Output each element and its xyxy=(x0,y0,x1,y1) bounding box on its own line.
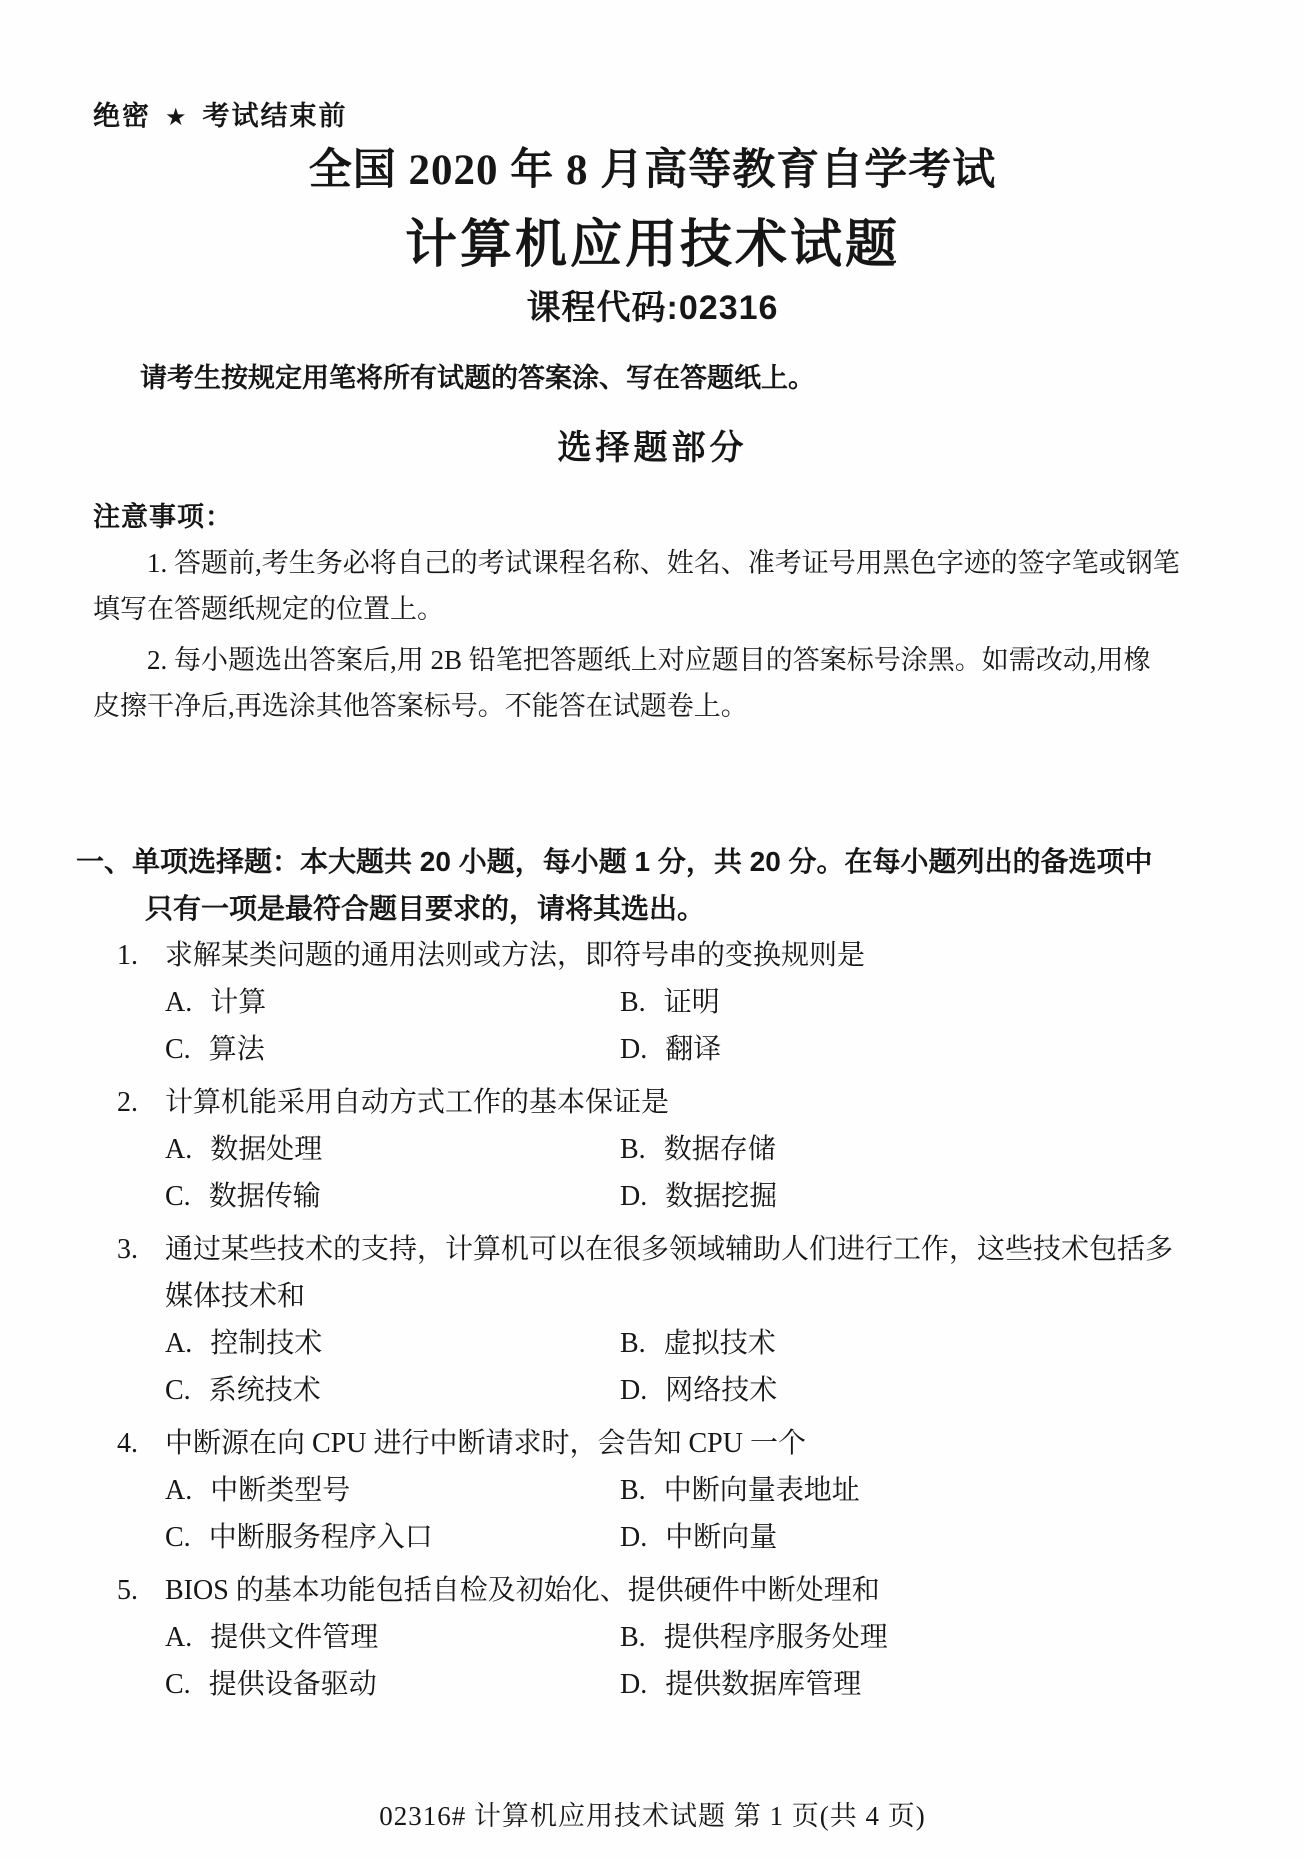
option-text: 数据处理 xyxy=(210,1134,322,1165)
option-text: 网络技术 xyxy=(665,1375,777,1406)
option-a: A.中断类型号 xyxy=(165,1467,620,1514)
option-text: 中断服务程序入口 xyxy=(209,1522,433,1553)
page-footer: 02316# 计算机应用技术试题 第 1 页(共 4 页) xyxy=(0,1794,1305,1833)
notice-item-2: 2. 每小题选出答案后,用 2B 铅笔把答题纸上对应题目的答案标号涂黑。如需改动… xyxy=(93,637,1235,729)
question-3: 3. 通过某些技术的支持，计算机可以在很多领域辅助人们进行工作，这些技术包括多 … xyxy=(117,1226,1257,1414)
options: A.数据处理 B.数据存储 C.数据传输 D.数据挖掘 xyxy=(165,1126,1257,1220)
option-text: 数据挖掘 xyxy=(665,1181,777,1212)
option-a: A.控制技术 xyxy=(165,1320,620,1367)
option-text: 提供文件管理 xyxy=(210,1622,378,1653)
options: A.中断类型号 B.中断向量表地址 C.中断服务程序入口 D.中断向量 xyxy=(165,1467,1257,1561)
paper-title: 计算机应用技术试题 xyxy=(0,202,1305,277)
option-text: 中断类型号 xyxy=(210,1475,350,1506)
question-1: 1. 求解某类问题的通用法则或方法，即符号串的变换规则是 A.计算 B.证明 C… xyxy=(117,932,1257,1073)
question-number: 5. xyxy=(117,1567,165,1614)
question-2: 2. 计算机能采用自动方式工作的基本保证是 A.数据处理 B.数据存储 C.数据… xyxy=(117,1079,1257,1220)
option-b: B.数据存储 xyxy=(620,1126,1257,1173)
option-text: 中断向量表地址 xyxy=(664,1475,860,1506)
options: A.提供文件管理 B.提供程序服务处理 C.提供设备驱动 D.提供数据库管理 xyxy=(165,1614,1257,1708)
question-list: 1. 求解某类问题的通用法则或方法，即符号串的变换规则是 A.计算 B.证明 C… xyxy=(117,932,1257,1714)
option-text: 算法 xyxy=(209,1034,265,1065)
option-b: B.提供程序服务处理 xyxy=(620,1614,1257,1661)
answer-sheet-instruction: 请考生按规定用笔将所有试题的答案涂、写在答题纸上。 xyxy=(140,356,815,395)
question-number: 3. xyxy=(117,1226,165,1320)
option-text: 提供数据库管理 xyxy=(665,1669,861,1700)
option-b: B.证明 xyxy=(620,979,1257,1026)
option-text: 计算 xyxy=(210,987,266,1018)
option-text: 虚拟技术 xyxy=(664,1328,776,1359)
section-one-heading: 一、单项选择题：本大题共 20 小题，每小题 1 分，共 20 分。在每小题列出… xyxy=(76,838,1236,932)
option-b: B.虚拟技术 xyxy=(620,1320,1257,1367)
question-5: 5. BIOS 的基本功能包括自检及初始化、提供硬件中断处理和 A.提供文件管理… xyxy=(117,1567,1257,1708)
question-text: 计算机能采用自动方式工作的基本保证是 xyxy=(165,1079,1257,1126)
notice-title: 注意事项： xyxy=(93,494,1235,540)
option-text: 证明 xyxy=(664,987,720,1018)
option-d: D.网络技术 xyxy=(620,1367,1257,1414)
option-a: A.数据处理 xyxy=(165,1126,620,1173)
option-text: 数据存储 xyxy=(664,1134,776,1165)
option-d: D.数据挖掘 xyxy=(620,1173,1257,1220)
option-c: C.算法 xyxy=(165,1026,620,1073)
option-text: 提供程序服务处理 xyxy=(664,1622,888,1653)
option-text: 数据传输 xyxy=(209,1181,321,1212)
classification-suffix: 考试结束前 xyxy=(203,101,348,131)
options: A.计算 B.证明 C.算法 D.翻译 xyxy=(165,979,1257,1073)
question-text: BIOS 的基本功能包括自检及初始化、提供硬件中断处理和 xyxy=(165,1567,1257,1614)
option-c: C.提供设备驱动 xyxy=(165,1661,620,1708)
option-c: C.系统技术 xyxy=(165,1367,620,1414)
option-a: A.计算 xyxy=(165,979,620,1026)
question-number: 1. xyxy=(117,932,165,979)
option-d: D.中断向量 xyxy=(620,1514,1257,1561)
option-text: 中断向量 xyxy=(665,1522,777,1553)
option-text: 提供设备驱动 xyxy=(209,1669,377,1700)
multiple-choice-part-header: 选择题部分 xyxy=(0,420,1305,469)
star-icon: ★ xyxy=(151,104,203,131)
option-b: B.中断向量表地址 xyxy=(620,1467,1257,1514)
option-text: 系统技术 xyxy=(209,1375,321,1406)
option-d: D.翻译 xyxy=(620,1026,1257,1073)
exam-paper-page: 绝密★考试结束前 全国 2020 年 8 月高等教育自学考试 计算机应用技术试题… xyxy=(0,0,1305,1861)
option-a: A.提供文件管理 xyxy=(165,1614,620,1661)
exam-session-title: 全国 2020 年 8 月高等教育自学考试 xyxy=(0,136,1305,197)
options: A.控制技术 B.虚拟技术 C.系统技术 D.网络技术 xyxy=(165,1320,1257,1414)
question-number: 4. xyxy=(117,1420,165,1467)
classification-prefix: 绝密 xyxy=(93,101,151,131)
option-text: 控制技术 xyxy=(210,1328,322,1359)
classification-banner: 绝密★考试结束前 xyxy=(93,94,348,133)
option-d: D.提供数据库管理 xyxy=(620,1661,1257,1708)
notice-section: 注意事项： 1. 答题前,考生务必将自己的考试课程名称、姓名、准考证号用黑色字迹… xyxy=(93,494,1235,729)
option-text: 翻译 xyxy=(665,1034,721,1065)
notice-item-1: 1. 答题前,考生务必将自己的考试课程名称、姓名、准考证号用黑色字迹的签字笔或钢… xyxy=(93,540,1235,632)
question-text: 中断源在向 CPU 进行中断请求时，会告知 CPU 一个 xyxy=(165,1420,1257,1467)
course-code: 课程代码:02316 xyxy=(0,280,1305,329)
option-c: C.中断服务程序入口 xyxy=(165,1514,620,1561)
question-text: 通过某些技术的支持，计算机可以在很多领域辅助人们进行工作，这些技术包括多 媒体技… xyxy=(165,1226,1257,1320)
question-number: 2. xyxy=(117,1079,165,1126)
question-text: 求解某类问题的通用法则或方法，即符号串的变换规则是 xyxy=(165,932,1257,979)
option-c: C.数据传输 xyxy=(165,1173,620,1220)
question-4: 4. 中断源在向 CPU 进行中断请求时，会告知 CPU 一个 A.中断类型号 … xyxy=(117,1420,1257,1561)
